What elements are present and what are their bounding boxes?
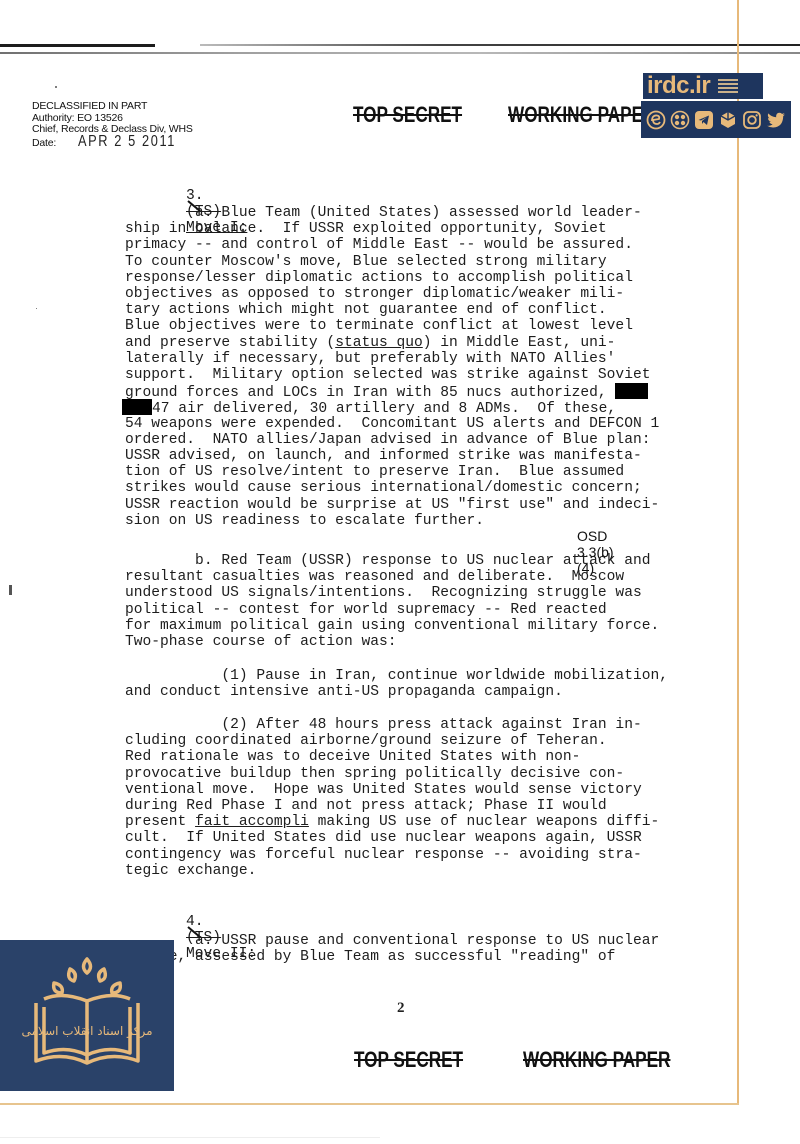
text-line: tegic exchange.: [125, 863, 256, 879]
text-line: and preserve stability (status quo) in M…: [125, 335, 615, 351]
text-line: ship in balance. If USSR exploited oppor…: [125, 221, 607, 237]
declass-date-stamp: APR 2 5 2011: [78, 136, 176, 148]
text-line: strikes would cause serious internationa…: [125, 480, 642, 496]
scan-artifact-line: [200, 44, 800, 46]
top-secret-stamp-footer: TOP SECRET: [354, 1047, 463, 1073]
aparat-icon[interactable]: [670, 110, 690, 130]
text-line: Blue objectives were to terminate confli…: [125, 318, 633, 334]
text-line: Red rationale was to deceive United Stat…: [125, 749, 580, 765]
top-secret-stamp: TOP SECRET: [353, 102, 462, 128]
text-line: (2) After 48 hours press attack against …: [125, 717, 642, 733]
scan-artifact-line: [0, 44, 155, 47]
sapp-icon[interactable]: [718, 110, 738, 130]
text-line: a. Blue Team (United States) assessed wo…: [125, 205, 642, 221]
open-book-emblem-icon: مرکز اسناد انقلاب اسلامی: [22, 951, 152, 1081]
text-line: and conduct intensive anti-US propaganda…: [125, 684, 563, 700]
scan-speck: [36, 308, 37, 309]
instagram-icon[interactable]: [742, 110, 762, 130]
text-line: USSR advised, on launch, and informed st…: [125, 448, 642, 464]
irdc-logo-text-mark: [718, 79, 738, 93]
text-line: support. Military option selected was st…: [125, 367, 650, 383]
declass-status: DECLASSIFIED IN PART: [32, 101, 201, 113]
svg-text:مرکز اسناد انقلاب اسلامی: مرکز اسناد انقلاب اسلامی: [22, 1024, 152, 1039]
text-line: during Red Phase I and not press attack;…: [125, 798, 607, 814]
text-line: tary actions which might not guarantee e…: [125, 302, 607, 318]
redaction-block: [615, 383, 648, 399]
working-paper-stamp: WORKING PAPER: [508, 102, 655, 128]
text-line: objectives as opposed to stronger diplom…: [125, 286, 624, 302]
scan-artifact-line: [0, 52, 800, 54]
page-number: 2: [397, 1000, 405, 1017]
scan-speck: [55, 86, 57, 88]
text-line: ventional move. Hope was United States w…: [125, 782, 642, 798]
text-line: resultant casualties was reasoned and de…: [125, 569, 624, 585]
text-line: cluding coordinated airborne/ground seiz…: [125, 733, 607, 749]
declass-date-label: Date:: [32, 138, 56, 150]
text-line: understood US signals/intentions. Recogn…: [125, 585, 642, 601]
text-line: USSR reaction would be surprise at US "f…: [125, 497, 659, 513]
scan-speck: [9, 585, 12, 595]
twitter-icon[interactable]: [766, 110, 786, 130]
eitaa-icon[interactable]: [646, 110, 666, 130]
text-line: response/lesser diplomatic actions to ac…: [125, 270, 633, 286]
text-line: a. USSR pause and conventional response …: [125, 933, 659, 949]
irdc-logo: مرکز اسناد انقلاب اسلامی: [0, 940, 174, 1091]
irdc-site-name: irdc.ir: [647, 72, 710, 100]
telegram-icon[interactable]: [694, 110, 714, 130]
text-line: (1) Pause in Iran, continue worldwide mo…: [125, 668, 668, 684]
text-line: Two-phase course of action was:: [125, 634, 397, 650]
page-frame-right: [737, 0, 739, 1105]
redaction-block: [122, 399, 152, 415]
text-line: contingency was forceful nuclear respons…: [125, 847, 642, 863]
text-line: strike, assessed by Blue Team as success…: [125, 949, 615, 965]
scan-artifact-line: [0, 1137, 380, 1138]
text-line: sion on US readiness to escalate further…: [125, 513, 484, 529]
text-line: primacy -- and control of Middle East --…: [125, 237, 633, 253]
page-frame-bottom: [0, 1103, 739, 1105]
text-line: 54 weapons were expended. Concomitant US…: [125, 416, 659, 432]
irdc-watermark: irdc.ir: [643, 73, 763, 99]
working-paper-stamp-footer: WORKING PAPER: [523, 1047, 670, 1073]
declassification-block: DECLASSIFIED IN PART Authority: EO 13526…: [32, 101, 201, 149]
social-icons-bar: [641, 101, 791, 138]
text-line: b. Red Team (USSR) response to US nuclea…: [125, 553, 650, 569]
text-line: ordered. NATO allies/Japan advised in ad…: [125, 432, 650, 448]
text-line: laterally if necessary, but preferably w…: [125, 351, 615, 367]
text-line: cult. If United States did use nuclear w…: [125, 830, 642, 846]
text-line: political -- contest for world supremacy…: [125, 602, 607, 618]
text-line: for maximum political gain using convent…: [125, 618, 659, 634]
text-line: present fait accompli making US use of n…: [125, 814, 659, 830]
text-line: To counter Moscow's move, Blue selected …: [125, 254, 607, 270]
text-line: tion of US resolve/intent to preserve Ir…: [125, 464, 624, 480]
text-line: provocative buildup then spring politica…: [125, 766, 624, 782]
